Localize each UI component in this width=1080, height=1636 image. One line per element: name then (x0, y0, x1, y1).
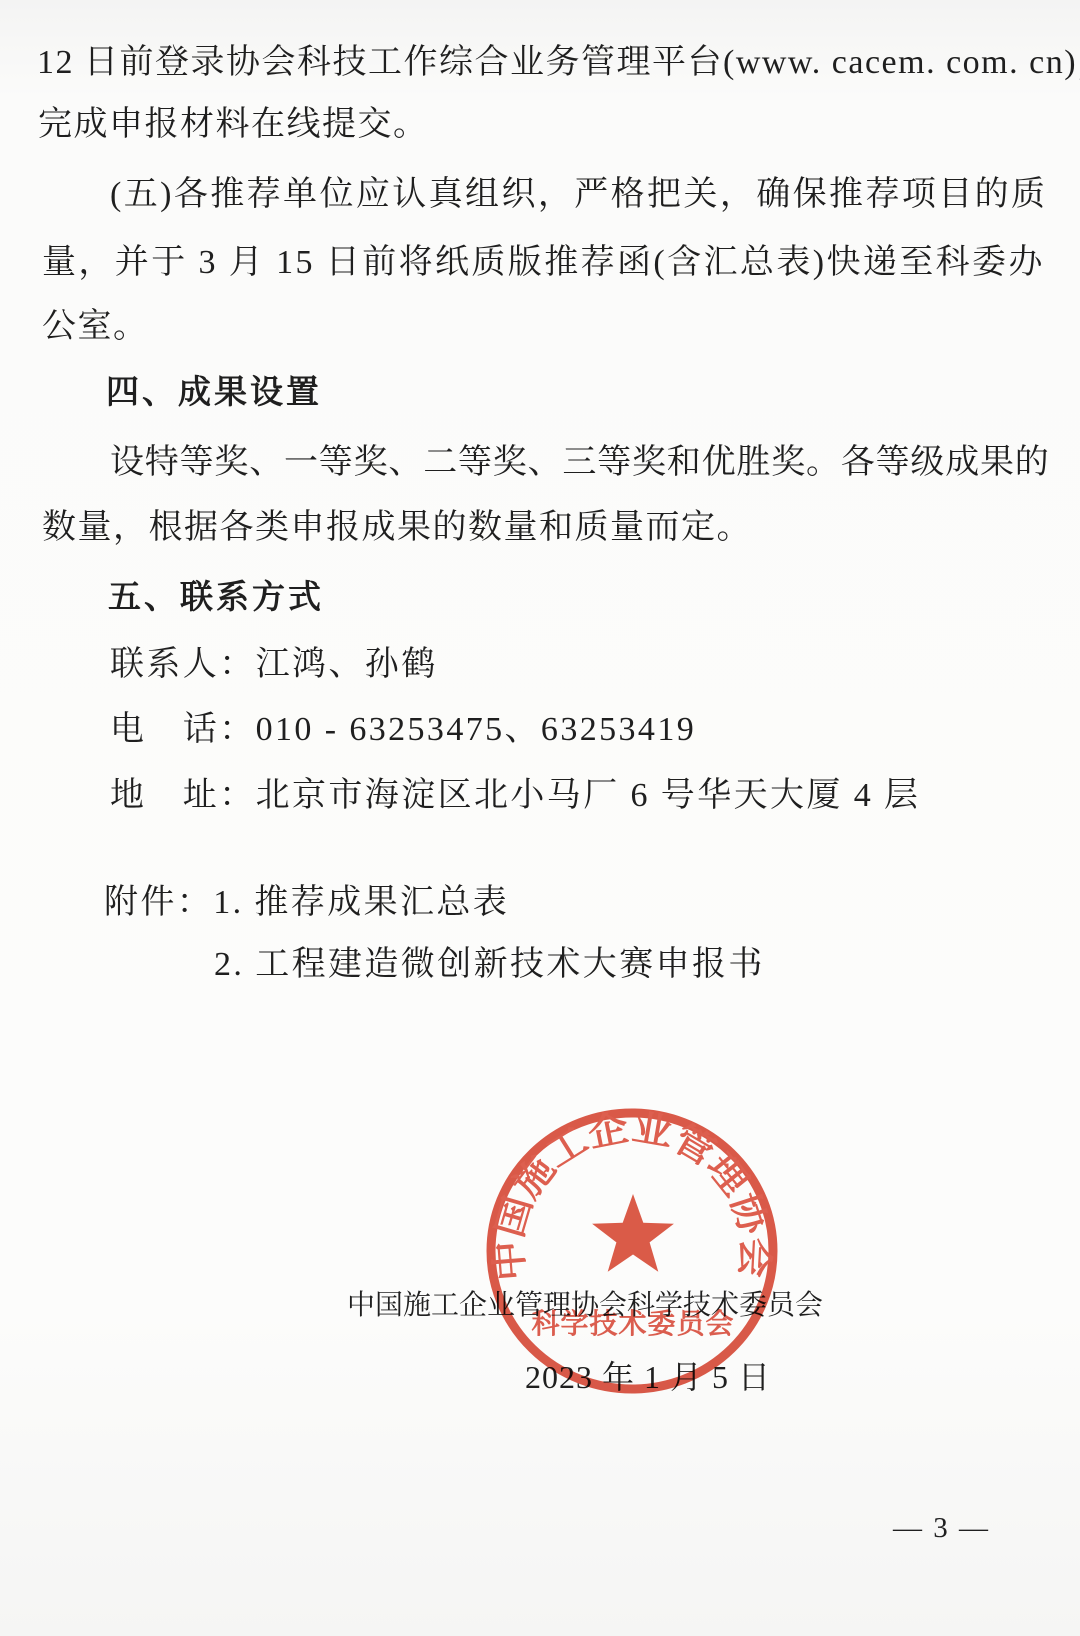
body-line-item5-2: 量，并于 3 月 15 日前将纸质版推荐函(含汇总表)快递至科委办 (42, 243, 1045, 282)
page-number: — 3 — (893, 1512, 990, 1545)
body-line-awards-1: 设特等奖、一等奖、二等奖、三等奖和优胜奖。各等级成果的 (110, 443, 1050, 482)
body-line-item5-1: (五)各推荐单位应认真组织，严格把关，确保推荐项目的质 (110, 175, 1047, 214)
contact-phone-line: 电 话：010 - 63253475、63253419 (110, 710, 696, 749)
contact-address-line: 地 址：北京市海淀区北小马厂 6 号华天大厦 4 层 (110, 776, 920, 815)
attachment-line-1: 附件：1. 推荐成果汇总表 (104, 883, 509, 922)
seal-ring (491, 1113, 773, 1389)
contact-person-line: 联系人：江鸿、孙鹤 (110, 645, 438, 684)
body-line-submit: 完成申报材料在线提交。 (38, 105, 429, 144)
seal-ring-text-node: 中国施工企业管理协会 (488, 1107, 776, 1283)
signature-date: 2023 年 1 月 5 日 (525, 1352, 771, 1398)
star-icon (592, 1194, 674, 1272)
body-line-platform: 12 日前登录协会科技工作综合业务管理平台(www. cacem. com. c… (37, 43, 1080, 82)
body-line-awards-2: 数量，根据各类申报成果的数量和质量而定。 (42, 508, 752, 547)
section-heading-5: 五、联系方式 (108, 578, 324, 616)
seal-ring-text: 中国施工企业管理协会 (488, 1107, 776, 1283)
document-page: 12 日前登录协会科技工作综合业务管理平台(www. cacem. com. c… (0, 0, 1080, 1636)
section-heading-4: 四、成果设置 (106, 373, 322, 411)
signature-organization: 中国施工企业管理协会科学技术委员会 (347, 1283, 823, 1323)
body-line-item5-3: 公室。 (42, 307, 149, 346)
attachment-line-2: 2. 工程建造微创新技术大赛申报书 (214, 945, 765, 984)
